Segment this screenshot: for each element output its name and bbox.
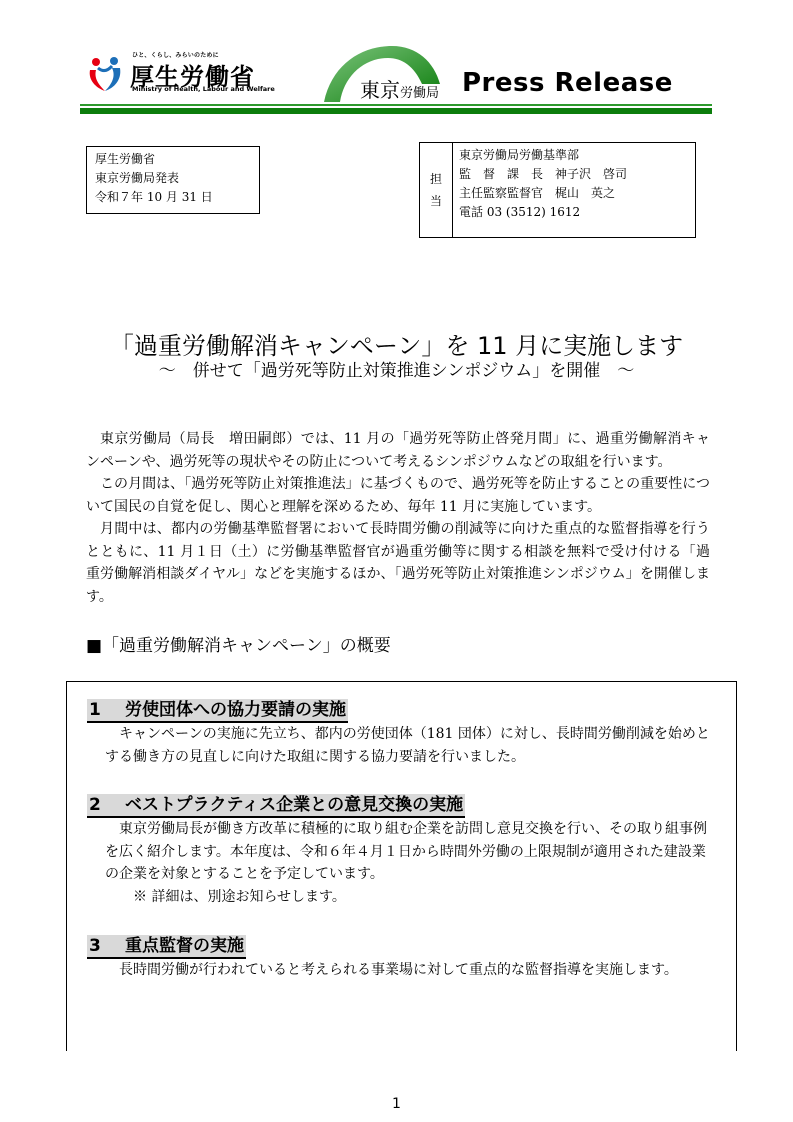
paragraph: この月間は、「過労死等防止対策推進法」に基づくもので、過労死等を防止することの重… xyxy=(86,473,710,518)
section-text: 東京労働局長が働き方改革に積極的に取り組む企業を訪問し意見交換を行い、その取り組… xyxy=(105,818,715,886)
overview-heading: ■「過重労働解消キャンペーン」の概要 xyxy=(86,631,391,656)
contact-person-1: 監 督 課 長 神子沢 啓司 xyxy=(459,165,627,184)
contact-details: 東京労働局労働基準部 監 督 課 長 神子沢 啓司 主任監察監督官 梶山 英之 … xyxy=(453,143,633,237)
section-text: 長時間労働が行われていると考えられる事業場に対して重点的な監督指導を実施します。 xyxy=(105,959,715,982)
issuer-box: 厚生労働省 東京労働局発表 令和７年 10 月 31 日 xyxy=(86,146,260,214)
paragraph: 月間中は、都内の労働基準監督署において長時間労働の削減等に向けた重点的な監督指導… xyxy=(86,518,710,608)
paragraph: 東京労働局（局長 増田嗣郎）では、11 月の「過労死等防止啓発月間」に、過重労働… xyxy=(86,428,710,473)
section-number: 2 xyxy=(89,794,125,816)
page-number: 1 xyxy=(0,1096,793,1112)
section-heading-1: 1労使団体への協力要請の実施 xyxy=(87,699,348,723)
section-body-2: 東京労働局長が働き方改革に積極的に取り組む企業を訪問し意見交換を行い、その取り組… xyxy=(105,818,715,908)
header-divider-thick xyxy=(80,108,712,114)
contact-department: 東京労働局労働基準部 xyxy=(459,146,627,165)
ministry-name-en: Ministry of Health, Labour and Welfare xyxy=(132,85,275,93)
section-title: ベストプラクティス企業との意見交換の実施 xyxy=(125,795,463,815)
ministry-logo: ひと、くらし、みらいのために 厚生労働省 Ministry of Health,… xyxy=(86,50,256,96)
bureau-logo-sub: 労働局 xyxy=(400,86,439,101)
section-text: キャンペーンの実施に先立ち、都内の労使団体（181 団体）に対し、長時間労働削減… xyxy=(105,723,715,768)
issuer-line: 東京労働局発表 xyxy=(95,169,251,188)
intro-paragraphs: 東京労働局（局長 増田嗣郎）では、11 月の「過労死等防止啓発月間」に、過重労働… xyxy=(86,428,710,608)
contact-box: 担 当 東京労働局労働基準部 監 督 課 長 神子沢 啓司 主任監察監督官 梶山… xyxy=(419,142,696,238)
section-title: 労使団体への協力要請の実施 xyxy=(125,700,346,720)
bureau-logo-text: 東京労働局 xyxy=(360,74,439,103)
section-heading-3: 3重点監督の実施 xyxy=(87,935,246,959)
issuer-line: 厚生労働省 xyxy=(95,150,251,169)
section-body-3: 長時間労働が行われていると考えられる事業場に対して重点的な監督指導を実施します。 xyxy=(105,959,715,982)
header-divider-thin xyxy=(80,104,712,106)
contact-label: 担 当 xyxy=(420,143,453,237)
contact-phone: 電話 03 (3512) 1612 xyxy=(459,203,627,222)
bureau-logo-main: 東京 xyxy=(360,78,400,102)
section-body-1: キャンペーンの実施に先立ち、都内の労使団体（181 団体）に対し、長時間労働削減… xyxy=(105,723,715,768)
contact-person-2: 主任監察監督官 梶山 英之 xyxy=(459,184,627,203)
section-number: 3 xyxy=(89,935,125,957)
section-heading-2: 2ベストプラクティス企業との意見交換の実施 xyxy=(87,794,465,818)
section-number: 1 xyxy=(89,699,125,721)
document-subtitle: ～ 併せて「過労死等防止対策推進シンポジウム」を開催 ～ xyxy=(0,356,793,381)
ministry-heart-icon xyxy=(86,56,124,92)
contact-label-char: 担 xyxy=(430,168,442,190)
section-note: ※ 詳細は、別途お知らせします。 xyxy=(119,886,715,909)
contact-label-char: 当 xyxy=(430,190,442,212)
section-title: 重点監督の実施 xyxy=(125,936,244,956)
press-release-title: Press Release xyxy=(462,68,673,98)
campaign-overview-frame: 1労使団体への協力要請の実施 キャンペーンの実施に先立ち、都内の労使団体（181… xyxy=(66,681,737,1051)
issuer-date: 令和７年 10 月 31 日 xyxy=(95,188,251,207)
